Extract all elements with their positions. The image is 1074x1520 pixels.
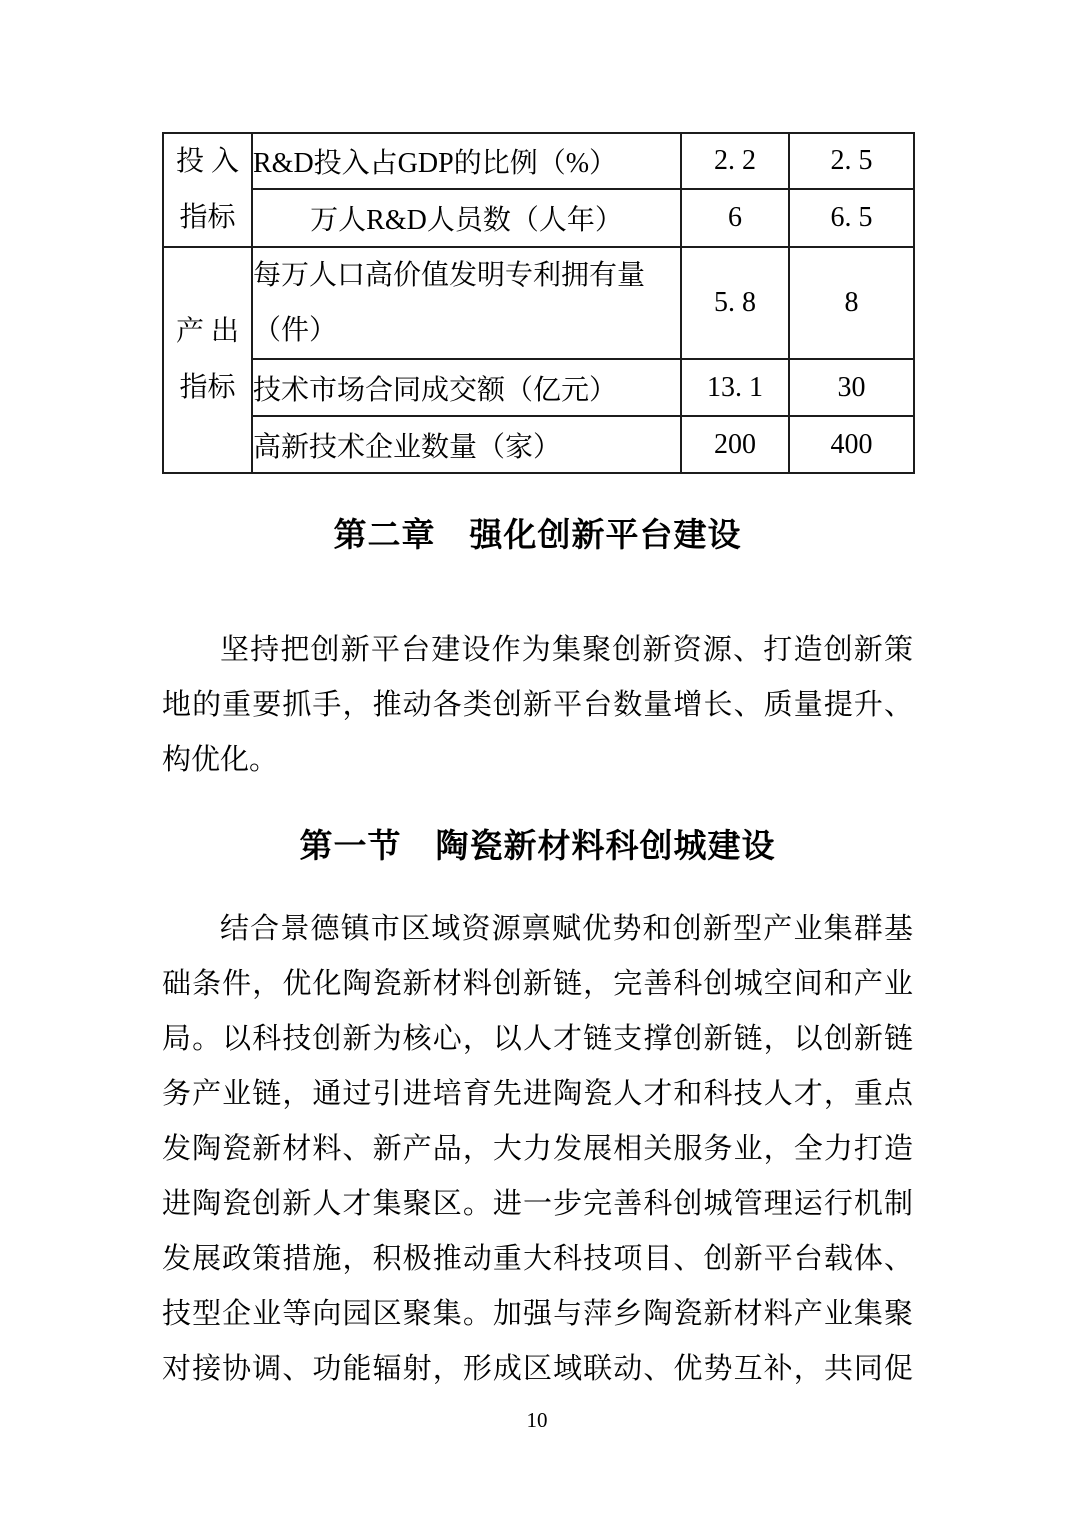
indicator-cell: 每万人口高价值发明专利拥有量 （件） bbox=[252, 247, 681, 359]
value-target-cell: 400 bbox=[789, 416, 914, 473]
group-label-line: 投 入 bbox=[164, 134, 251, 190]
paragraph-line: 对接协调、功能辐射，形成区域联动、优势互补，共同促进 bbox=[162, 1342, 913, 1397]
chapter-heading: 第二章 强化创新平台建设 bbox=[162, 514, 913, 556]
indicator-cell: 技术市场合同成交额（亿元） bbox=[252, 359, 681, 416]
table-row: 产 出 指标 每万人口高价值发明专利拥有量 （件） 5. 8 8 bbox=[163, 247, 914, 359]
indicator-cell: R&D投入占GDP的比例（%） bbox=[252, 133, 681, 189]
table-row: 万人R&D人员数（人年） 6 6. 5 bbox=[163, 189, 914, 247]
paragraph-line: 发陶瓷新材料、新产品，大力发展相关服务业，全力打造先 bbox=[162, 1122, 913, 1177]
group-label-line: 指标 bbox=[164, 360, 251, 416]
paragraph-line: 局。以科技创新为核心，以人才链支撑创新链，以创新链服 bbox=[162, 1012, 913, 1067]
table-row: 技术市场合同成交额（亿元） 13. 1 30 bbox=[163, 359, 914, 416]
page-content: 投 入 指标 R&D投入占GDP的比例（%） 2. 2 2. 5 万人R&D人员… bbox=[162, 132, 913, 1397]
group-label-line: 指标 bbox=[164, 190, 251, 246]
group-label-input: 投 入 指标 bbox=[163, 133, 252, 247]
indicators-table: 投 入 指标 R&D投入占GDP的比例（%） 2. 2 2. 5 万人R&D人员… bbox=[162, 132, 915, 474]
paragraph-line: 构优化。 bbox=[162, 733, 913, 788]
value-current-cell: 6 bbox=[681, 189, 789, 247]
paragraph-line: 技型企业等向园区聚集。加强与萍乡陶瓷新材料产业集聚区 bbox=[162, 1287, 913, 1342]
value-current-cell: 5. 8 bbox=[681, 247, 789, 359]
paragraph-line: 础条件，优化陶瓷新材料创新链，完善科创城空间和产业布 bbox=[162, 957, 913, 1012]
group-label-output: 产 出 指标 bbox=[163, 247, 252, 473]
group-label-line: 产 出 bbox=[164, 304, 251, 360]
paragraph-line: 发展政策措施，积极推动重大科技项目、创新平台载体、科 bbox=[162, 1232, 913, 1287]
section-body-paragraph: 结合景德镇市区域资源禀赋优势和创新型产业集群基 础条件，优化陶瓷新材料创新链，完… bbox=[162, 902, 913, 1397]
chapter-intro-paragraph: 坚持把创新平台建设作为集聚创新资源、打造创新策源 地的重要抓手，推动各类创新平台… bbox=[162, 623, 913, 788]
value-target-cell: 30 bbox=[789, 359, 914, 416]
page-number: 10 bbox=[0, 1408, 1074, 1432]
value-target-cell: 2. 5 bbox=[789, 133, 914, 189]
value-target-cell: 6. 5 bbox=[789, 189, 914, 247]
document-page: 投 入 指标 R&D投入占GDP的比例（%） 2. 2 2. 5 万人R&D人员… bbox=[0, 0, 1074, 1520]
table-row: 投 入 指标 R&D投入占GDP的比例（%） 2. 2 2. 5 bbox=[163, 133, 914, 189]
section-heading: 第一节 陶瓷新材料科创城建设 bbox=[162, 826, 913, 866]
paragraph-line: 地的重要抓手，推动各类创新平台数量增长、质量提升、结 bbox=[162, 678, 913, 733]
indicator-line: （件） bbox=[253, 303, 680, 358]
paragraph-line: 务产业链，通过引进培育先进陶瓷人才和科技人才，重点开 bbox=[162, 1067, 913, 1122]
indicator-cell: 高新技术企业数量（家） bbox=[252, 416, 681, 473]
paragraph-line: 坚持把创新平台建设作为集聚创新资源、打造创新策源 bbox=[162, 623, 913, 678]
indicator-line: 每万人口高价值发明专利拥有量 bbox=[253, 248, 680, 303]
table-row: 高新技术企业数量（家） 200 400 bbox=[163, 416, 914, 473]
value-current-cell: 13. 1 bbox=[681, 359, 789, 416]
paragraph-line: 进陶瓷创新人才集聚区。进一步完善科创城管理运行机制和 bbox=[162, 1177, 913, 1232]
value-current-cell: 2. 2 bbox=[681, 133, 789, 189]
paragraph-line: 结合景德镇市区域资源禀赋优势和创新型产业集群基 bbox=[162, 902, 913, 957]
indicator-cell: 万人R&D人员数（人年） bbox=[252, 189, 681, 247]
value-current-cell: 200 bbox=[681, 416, 789, 473]
value-target-cell: 8 bbox=[789, 247, 914, 359]
